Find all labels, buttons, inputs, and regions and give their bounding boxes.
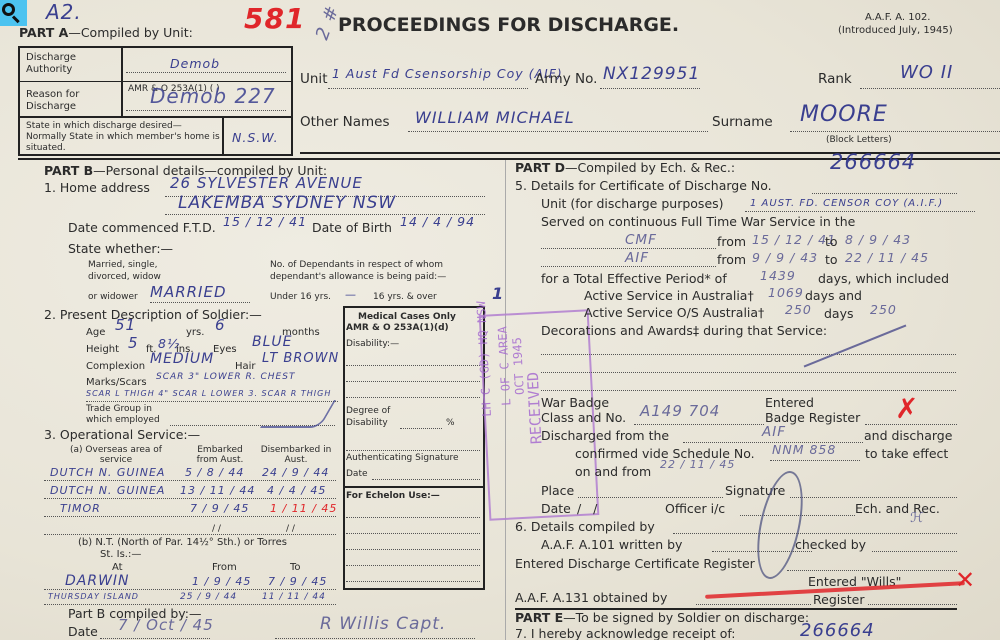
nt-from[interactable]: 25 / 9 / 44 xyxy=(180,592,237,602)
nt-to[interactable]: 11 / 11 / 44 xyxy=(262,592,326,602)
served-label: Served on continuous Full Time War Servi… xyxy=(541,214,855,229)
red-number-annotation: 581 xyxy=(244,2,305,35)
entered-cert-label: Entered Discharge Certificate Register xyxy=(515,556,755,571)
part-b-date-label: Date xyxy=(68,624,98,639)
state-label: State in which discharge desired—Normall… xyxy=(26,121,220,154)
overseas-header-area: (a) Overseas area of service xyxy=(66,445,166,465)
details-compiled-label: 6. Details compiled by xyxy=(515,519,655,534)
ftd-value[interactable]: 15 / 12 / 41 xyxy=(223,214,307,229)
war-badge-label: Class and No. xyxy=(541,410,626,425)
part-b-date-value[interactable]: 7 / Oct / 45 xyxy=(118,616,214,634)
ftd-label: Date commenced F.T.D. xyxy=(68,220,216,235)
form-title: PROCEEDINGS FOR DISCHARGE. xyxy=(338,14,679,36)
height-label: Height xyxy=(86,344,119,355)
over16-label: 16 yrs. & over xyxy=(373,292,437,302)
percent-sign: % xyxy=(446,418,455,428)
overseas-header-embarked: Embarked from Aust. xyxy=(190,445,250,465)
part-e-heading: PART E—To be signed by Soldier on discha… xyxy=(515,610,809,625)
entered-badge-label: Badge Register xyxy=(765,410,860,425)
nt-at[interactable]: THURSDAY ISLAND xyxy=(48,592,139,601)
service-to[interactable]: 22 / 11 / 45 xyxy=(845,250,929,265)
overseas-embarked[interactable]: 13 / 11 / 44 xyxy=(180,484,255,497)
ech-rec-label: Ech. and Rec. xyxy=(855,501,940,516)
under16-label: Under 16 yrs. xyxy=(270,292,331,302)
part-a-heading: PART A—Compiled by Unit: xyxy=(19,25,193,40)
overseas-area[interactable]: DUTCH N. GUINEA xyxy=(50,484,165,497)
marks-value-2[interactable]: SCAR L THIGH 4" SCAR L LOWER 3. SCAR R T… xyxy=(86,389,331,398)
overseas-embarked[interactable]: 7 / 9 / 45 xyxy=(190,502,249,515)
marital-value[interactable]: MARRIED xyxy=(150,283,227,301)
eyes-label: Eyes xyxy=(213,344,237,355)
reason-value[interactable]: Demob 227 xyxy=(150,84,276,108)
unit-value[interactable]: 1 Aust Fd Csensorship Coy (AIF) xyxy=(332,66,563,81)
dependants-label: No. of Dependants in respect of whom xyxy=(270,260,443,270)
part-d-date-label: Date xyxy=(541,501,571,516)
active-aus-label: Active Service in Australia† xyxy=(584,288,754,303)
part-d-heading: PART D—Compiled by Ech. & Rec.: xyxy=(515,160,735,175)
part-d-date-value[interactable]: / / xyxy=(573,501,597,516)
search-icon[interactable] xyxy=(0,0,27,26)
nt-to[interactable]: 7 / 9 / 45 xyxy=(268,575,327,588)
checked-by-label: checked by xyxy=(795,537,866,552)
nt-at[interactable]: DARWIN xyxy=(65,573,130,589)
a131-label: A.A.F. A.131 obtained by xyxy=(515,590,667,605)
on-and-from-label: on and from xyxy=(575,464,651,479)
effect-date-value[interactable]: 22 / 11 / 45 xyxy=(660,458,735,471)
discharged-from-label: Discharged from the xyxy=(541,428,669,443)
service-force[interactable]: CMF xyxy=(625,232,657,248)
home-address-label: 1. Home address xyxy=(44,180,150,195)
surname-value[interactable]: MOORE xyxy=(800,102,888,127)
overseas-embarked[interactable]: / / xyxy=(212,524,221,534)
red-arrow-head: ✕ xyxy=(955,566,975,594)
medical-title: Medical Cases Only xyxy=(358,312,456,322)
discharge-authority-value[interactable]: Demob xyxy=(170,56,220,71)
overseas-area[interactable]: DUTCH N. GUINEA xyxy=(50,466,165,479)
top-left-note: A2. xyxy=(46,0,82,24)
nt-header-from: From xyxy=(212,562,237,573)
nt-header-at: At xyxy=(112,562,123,573)
service-from[interactable]: 15 / 12 / 41 xyxy=(752,232,836,247)
compiled-initials: ℋ xyxy=(910,510,924,526)
war-badge-value[interactable]: A149 704 xyxy=(640,402,720,420)
overseas-disembarked[interactable]: 1 / 11 / 45 xyxy=(270,502,337,515)
degree-label: Disability xyxy=(346,418,388,428)
take-effect-label: to take effect xyxy=(865,446,948,461)
overseas-header-disembarked: Disembarked in Aust. xyxy=(258,445,334,465)
hair-value[interactable]: LT BROWN xyxy=(262,351,339,366)
complexion-label: Complexion xyxy=(86,361,145,372)
echelon-label: For Echelon Use:— xyxy=(346,491,440,501)
marks-label: Marks/Scars xyxy=(86,377,147,388)
medical-date-label: Date xyxy=(346,469,368,479)
block-letters-hint: (Block Letters) xyxy=(826,135,892,145)
active-os-note: 250 xyxy=(870,302,897,317)
dob-value[interactable]: 14 / 4 / 94 xyxy=(400,214,475,229)
home-address-line2[interactable]: LAKEMBA SYDNEY NSW xyxy=(178,193,396,213)
decorations-label: Decorations and Awards‡ during that Serv… xyxy=(541,323,827,338)
overseas-disembarked[interactable]: 24 / 9 / 44 xyxy=(262,466,329,479)
home-address-line1[interactable]: 26 SYLVESTER AVENUE xyxy=(170,174,363,192)
army-no-label: Army No. xyxy=(535,71,597,87)
acknowledge-label: 7. I hereby acknowledge receipt of: xyxy=(515,626,736,640)
state-whether-label: State whether:— xyxy=(68,241,173,256)
total-period-value[interactable]: 1439 xyxy=(760,268,796,283)
trade-label: Trade Group in xyxy=(86,404,152,414)
discharge-authority-label: Discharge Authority xyxy=(26,52,116,76)
to-label: to xyxy=(825,252,838,267)
overseas-area[interactable]: TIMOR xyxy=(60,502,101,515)
disability-label: Disability:— xyxy=(346,339,399,349)
days-label: days xyxy=(824,306,854,321)
total-period-label: for a Total Effective Period* of xyxy=(541,271,727,286)
entered-badge-label: Entered xyxy=(765,395,814,410)
overseas-disembarked[interactable]: / / xyxy=(286,524,295,534)
service-from[interactable]: 9 / 9 / 43 xyxy=(752,250,818,265)
age-years-value[interactable]: 51 xyxy=(115,316,136,334)
acknowledge-value[interactable]: 266664 xyxy=(800,620,875,640)
days-and-label: days and xyxy=(805,288,862,303)
state-value[interactable]: N.S.W. xyxy=(232,130,279,145)
active-os-label: Active Service O/S Australia† xyxy=(584,305,764,320)
nt-header-to: To xyxy=(290,562,301,573)
service-force[interactable]: AIF xyxy=(625,250,649,266)
over16-value[interactable]: 1 xyxy=(492,284,504,303)
service-to[interactable]: 8 / 9 / 43 xyxy=(845,232,911,247)
rank-value[interactable]: WO II xyxy=(900,62,953,83)
unit-label: Unit xyxy=(300,71,327,87)
and-discharge-label: and discharge xyxy=(864,428,952,443)
part-b-signature[interactable]: R Willis Capt. xyxy=(320,614,446,634)
age-label: Age xyxy=(86,327,105,338)
other-names-value[interactable]: WILLIAM MICHAEL xyxy=(415,108,575,127)
from-label: from xyxy=(717,234,746,249)
total-period-suffix: days, which included xyxy=(818,271,949,286)
height-ft-value[interactable]: 5 xyxy=(128,334,139,352)
operational-label: 3. Operational Service:— xyxy=(44,427,200,442)
marks-value-1[interactable]: SCAR 3" LOWER R. CHEST xyxy=(156,372,295,382)
form-id: A.A.F. A. 102. xyxy=(865,12,930,23)
marital-label: Married, single, xyxy=(88,260,158,270)
discharge-unit-value[interactable]: 1 AUST. FD. CENSOR COY (A.I.F.) xyxy=(750,198,943,209)
dob-label: Date of Birth xyxy=(312,220,392,235)
complexion-value[interactable]: MEDIUM xyxy=(150,351,214,367)
medical-subtitle: AMR & O 253A(1)(d) xyxy=(346,323,449,333)
overseas-embarked[interactable]: 5 / 8 / 44 xyxy=(185,466,244,479)
discharged-from-value[interactable]: AIF xyxy=(762,424,786,440)
army-no-value[interactable]: NX129951 xyxy=(603,64,700,84)
place-label: Place xyxy=(541,483,574,498)
marital-label: divorced, widow xyxy=(88,272,161,282)
discharge-form: A2. 581 2 # PROCEEDINGS FOR DISCHARGE. A… xyxy=(0,0,1000,640)
cert-no-value[interactable]: 266664 xyxy=(830,150,916,174)
discharge-unit-label: Unit (for discharge purposes) xyxy=(541,196,724,211)
active-os-value[interactable]: 250 xyxy=(785,302,812,317)
overseas-disembarked[interactable]: 4 / 4 / 45 xyxy=(267,484,326,497)
nt-from[interactable]: 1 / 9 / 45 xyxy=(192,575,251,588)
form-introduced: (Introduced July, 1945) xyxy=(838,25,953,36)
description-label: 2. Present Description of Soldier:— xyxy=(44,307,262,322)
degree-label: Degree of xyxy=(346,406,390,416)
officer-label: Officer i/c xyxy=(665,501,725,516)
trade-label: which employed xyxy=(86,415,160,425)
eyes-value[interactable]: BLUE xyxy=(252,334,293,350)
checkmark-annotation xyxy=(260,400,336,428)
age-months-value[interactable]: 6 xyxy=(215,316,226,334)
yrs-label: yrs. xyxy=(186,327,204,338)
reason-label: Reason for Discharge xyxy=(26,89,116,113)
cert-no-label: 5. Details for Certificate of Discharge … xyxy=(515,178,772,193)
other-names-label: Other Names xyxy=(300,114,389,130)
under16-value[interactable]: — xyxy=(345,288,357,301)
war-badge-label: War Badge xyxy=(541,395,609,410)
dependants-label: dependant's allowance is being paid:— xyxy=(270,272,446,282)
schedule-value[interactable]: NNM 858 xyxy=(772,442,836,457)
hair-label: Hair xyxy=(235,361,256,372)
nt-label: St. Is.:— xyxy=(100,549,141,560)
written-by-label: A.A.F. A.101 written by xyxy=(541,537,682,552)
marital-label: or widower xyxy=(88,292,138,302)
rank-label: Rank xyxy=(818,71,852,87)
to-label: to xyxy=(825,234,838,249)
stamp-text: OCT 1945 xyxy=(510,337,527,395)
entered-badge-mark: ✗ xyxy=(895,392,919,425)
surname-label: Surname xyxy=(712,114,773,130)
nt-label: (b) N.T. (North of Par. 14½° Sth.) or To… xyxy=(78,537,287,548)
active-aus-value[interactable]: 1069 xyxy=(768,285,804,300)
auth-signature-label: Authenticating Signature xyxy=(346,453,459,463)
from-label: from xyxy=(717,252,746,267)
register-label: Register xyxy=(813,592,864,607)
